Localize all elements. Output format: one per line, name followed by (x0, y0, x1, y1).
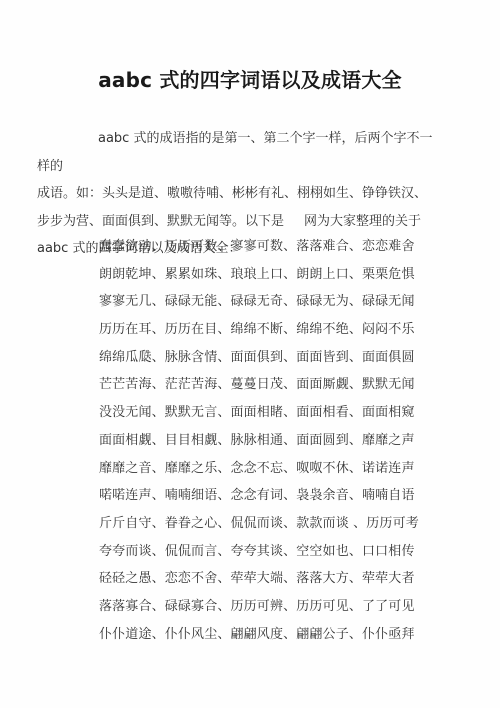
intro-line: aabc 式的成语指的是第一、第二个字一样，后两个字不一样的 (37, 125, 437, 180)
idiom-row: 蠢蠢欲动、历历可数、寥寥可数、落落难合、恋恋难舍 (99, 233, 419, 261)
idiom-row: 喏喏连声、喃喃细语、念念有词、袅袅余音、喃喃自语 (99, 482, 419, 510)
idiom-row: 芒芒苦海、茫茫苦海、蔓蔓日茂、面面厮觑、默默无闻 (99, 371, 419, 399)
intro-line: 步步为营、面面俱到、默默无闻等。以下是网为大家整理的关于 (37, 208, 437, 236)
idiom-row: 历历在耳、历历在目、绵绵不断、绵绵不绝、闷闷不乐 (99, 316, 419, 344)
idiom-row: 斤斤自守、眷眷之心、侃侃而谈、款款而谈 、历历可考 (99, 510, 419, 538)
idiom-row: 面面相觑、目目相觑、脉脉相通、面面圆到、靡靡之声 (99, 427, 419, 455)
idiom-row: 没没无闻、默默无言、面面相睹、面面相看、面面相窥 (99, 399, 419, 427)
idiom-row: 靡靡之音、靡靡之乐、念念不忘、呶呶不休、诺诺连声 (99, 455, 419, 483)
idiom-row: 夸夸而谈、侃侃而言、夸夸其谈、空空如也、口口相传 (99, 538, 419, 566)
idiom-row: 寥寥无几、碌碌无能、碌碌无奇、碌碌无为、碌碌无闻 (99, 288, 419, 316)
idiom-row: 落落寡合、碌碌寡合、历历可辨、历历可见、了了可见 (99, 593, 419, 621)
document-page: aabc 式的四字词语以及成语大全 aabc 式的成语指的是第一、第二个字一样，… (0, 0, 500, 708)
intro-line: 成语。如：头头是道、嗷嗷待哺、彬彬有礼、栩栩如生、铮铮铁汉、 (37, 180, 437, 208)
idiom-row: 硁硁之愚、恋恋不舍、荦荦大端、落落大方、荦荦大者 (99, 565, 419, 593)
idiom-row: 朗朗乾坤、累累如珠、琅琅上口、朗朗上口、栗栗危惧 (99, 261, 419, 289)
intro-line-part: 步步为营、面面俱到、默默无闻等。以下是 (37, 214, 284, 229)
idiom-row: 绵绵瓜瓞、脉脉含情、面面俱到、面面皆到、面面俱圆 (99, 344, 419, 372)
intro-line-part: 网为大家整理的关于 (304, 214, 421, 229)
idiom-list: 蠢蠢欲动、历历可数、寥寥可数、落落难合、恋恋难舍 朗朗乾坤、累累如珠、琅琅上口、… (99, 233, 419, 648)
document-title: aabc 式的四字词语以及成语大全 (0, 66, 500, 94)
idiom-row: 仆仆道途、仆仆风尘、翩翩风度、翩翩公子、仆仆亟拜 (99, 621, 419, 649)
